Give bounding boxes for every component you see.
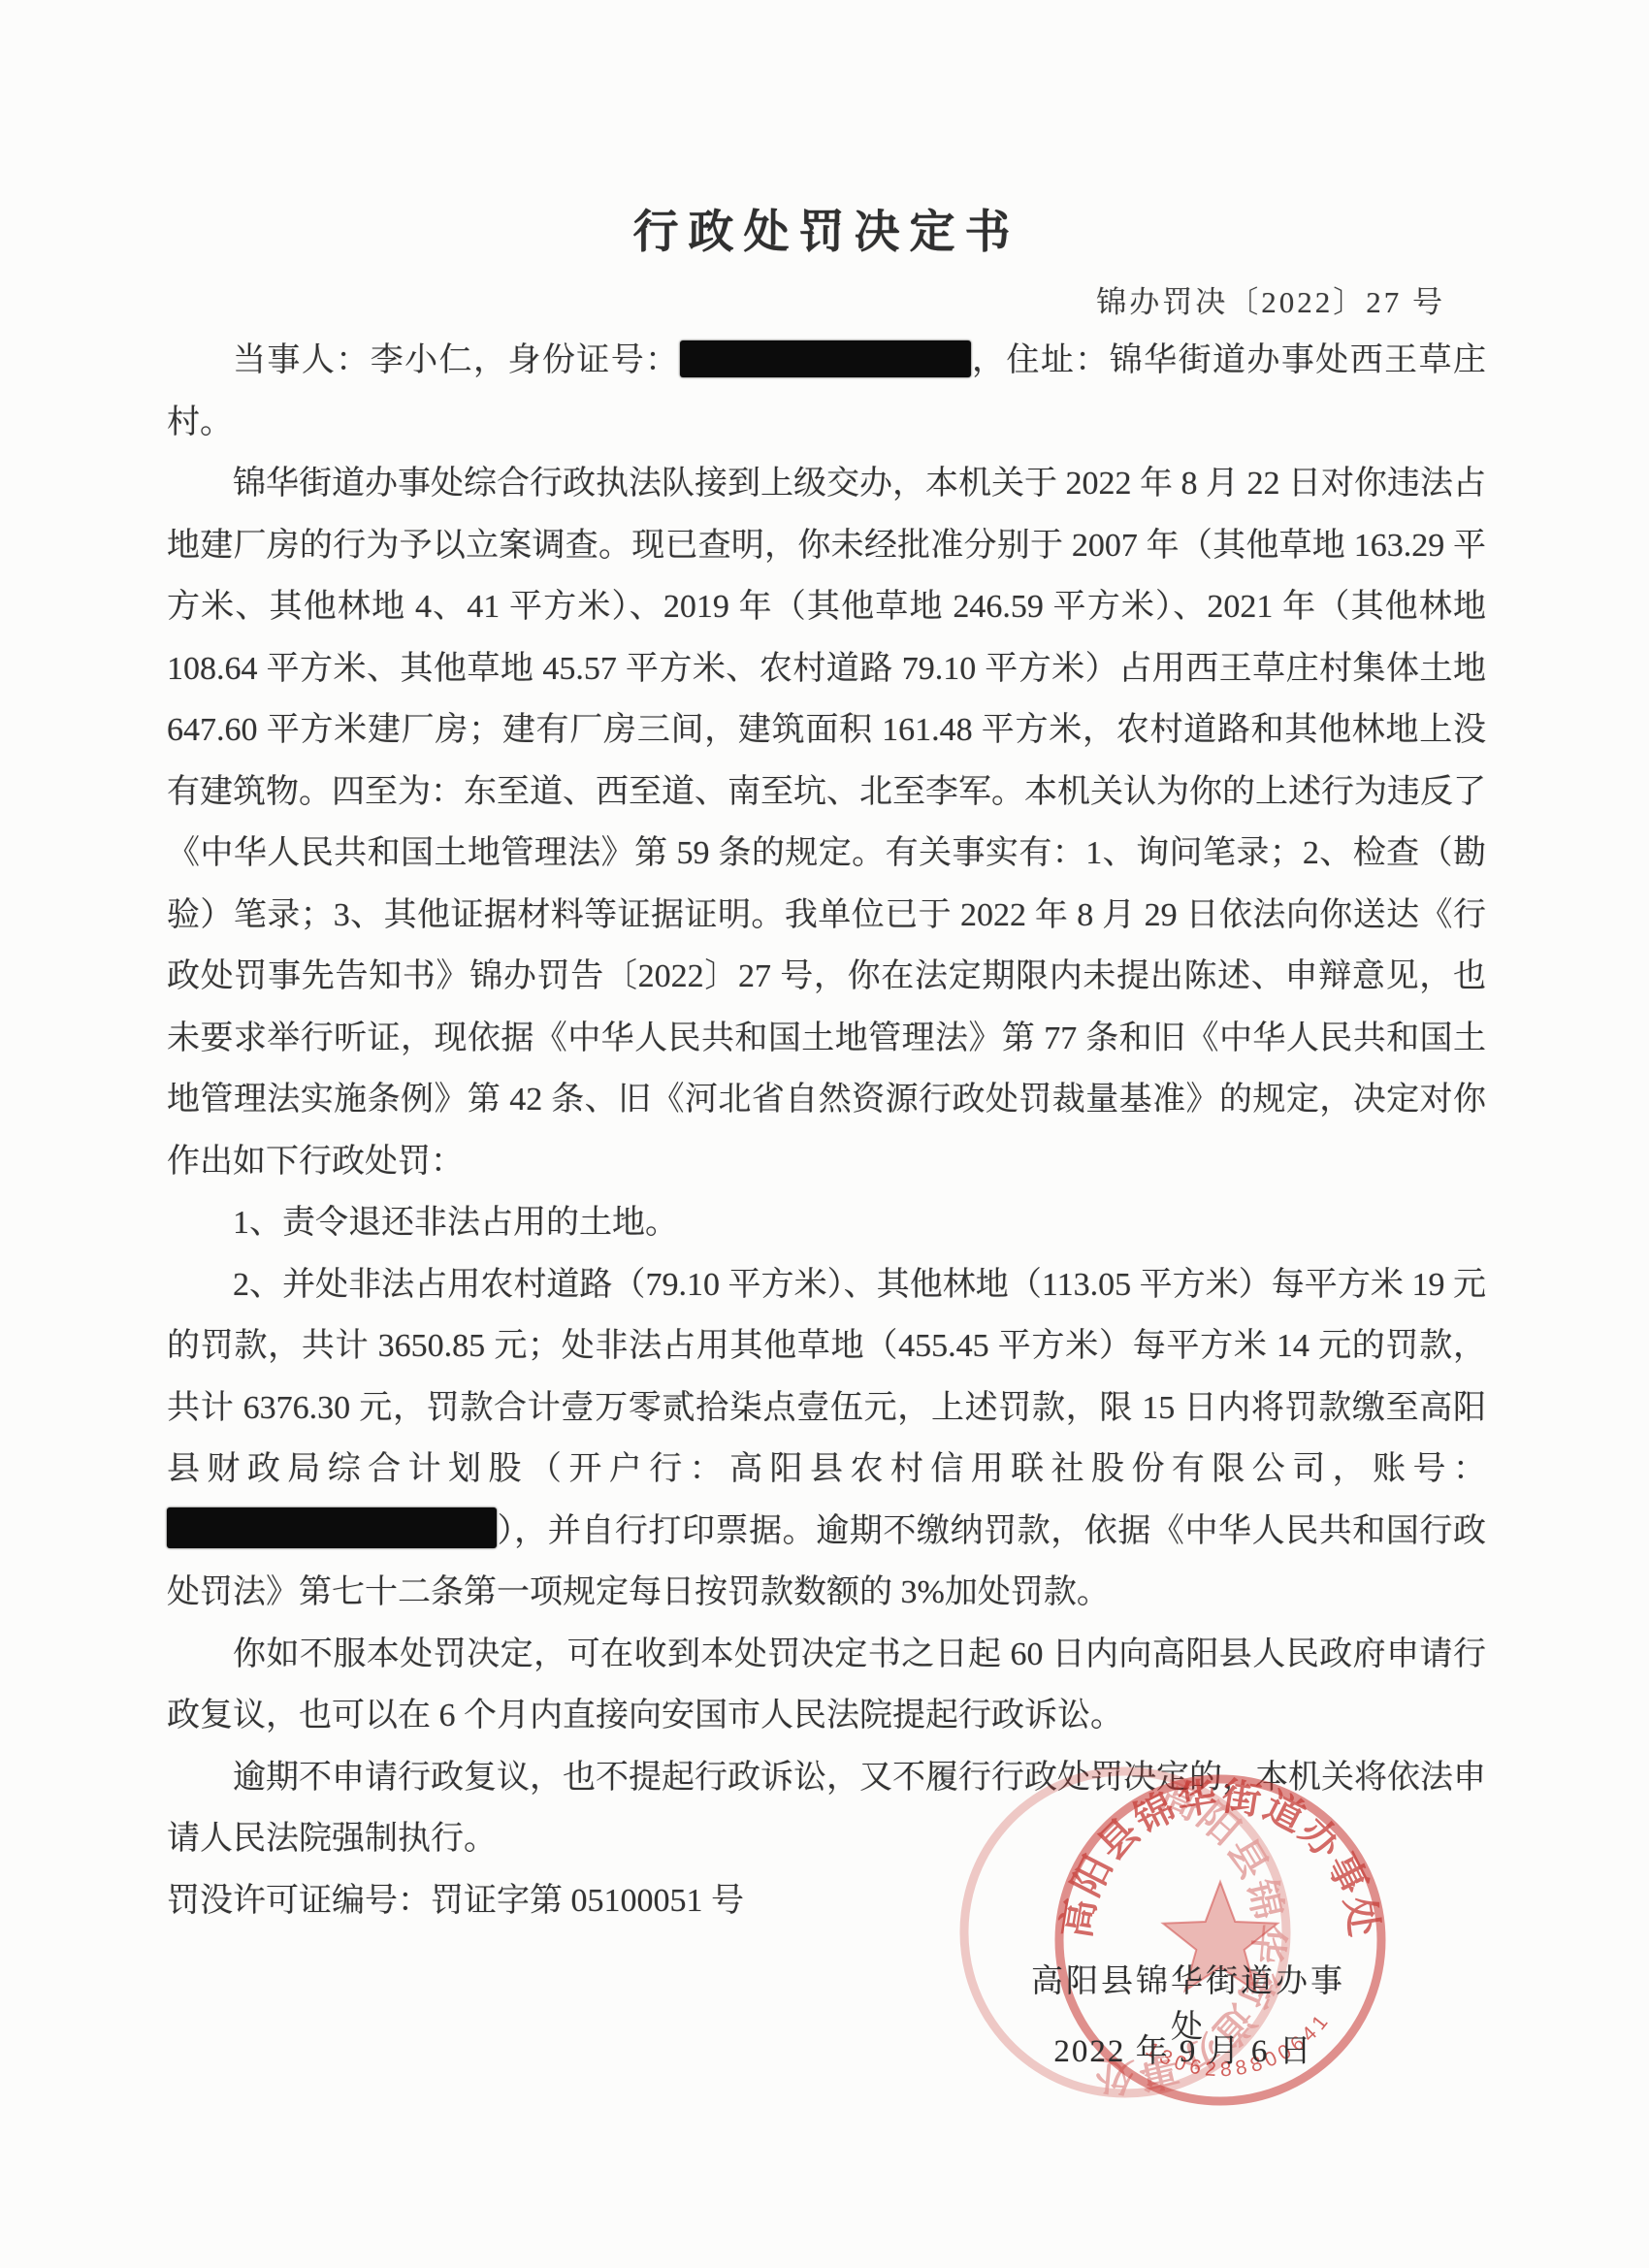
document-title: 行政处罚决定书 <box>167 196 1486 261</box>
penalty-item-2: 2、并处非法占用农村道路（79.10 平方米）、其他林地（113.05 平方米）… <box>167 1254 1486 1624</box>
facts-paragraph: 锦华街道办事处综合行政执法队接到上级交办，本机关于 2022 年 8 月 22 … <box>167 453 1486 1192</box>
document-number: 锦办罚决〔2022〕27 号 <box>167 277 1486 321</box>
redacted-account-number-bar <box>167 1507 497 1548</box>
license-number-line: 罚没许可证编号：罚证字第 05100051 号 <box>167 1870 1486 1932</box>
penalty-item-2-before: 2、并处非法占用农村道路（79.10 平方米）、其他林地（113.05 平方米）… <box>167 1267 1486 1488</box>
party-text-before: 当事人：李小仁，身份证号： <box>233 342 680 378</box>
scanned-penalty-decision-page: { "document": { "title": "行政处罚决定书", "doc… <box>0 0 1649 2268</box>
penalty-item-1: 1、责令退还非法占用的土地。 <box>167 1192 1486 1254</box>
signature-date: 2022 年 9 月 6 日 <box>999 2025 1368 2071</box>
redacted-id-number-bar <box>680 340 971 377</box>
appeal-paragraph: 你如不服本处罚决定，可在收到本处罚决定书之日起 60 日内向高阳县人民政府申请行… <box>167 1624 1486 1747</box>
party-paragraph: 当事人：李小仁，身份证号：，住址：锦华街道办事处西王草庄村。 <box>167 330 1486 453</box>
enforcement-paragraph: 逾期不申请行政复议，也不提起行政诉讼，又不履行行政处罚决定的，本机关将依法申请人… <box>167 1747 1486 1870</box>
document-body: 当事人：李小仁，身份证号：，住址：锦华街道办事处西王草庄村。 锦华街道办事处综合… <box>167 330 1486 1931</box>
